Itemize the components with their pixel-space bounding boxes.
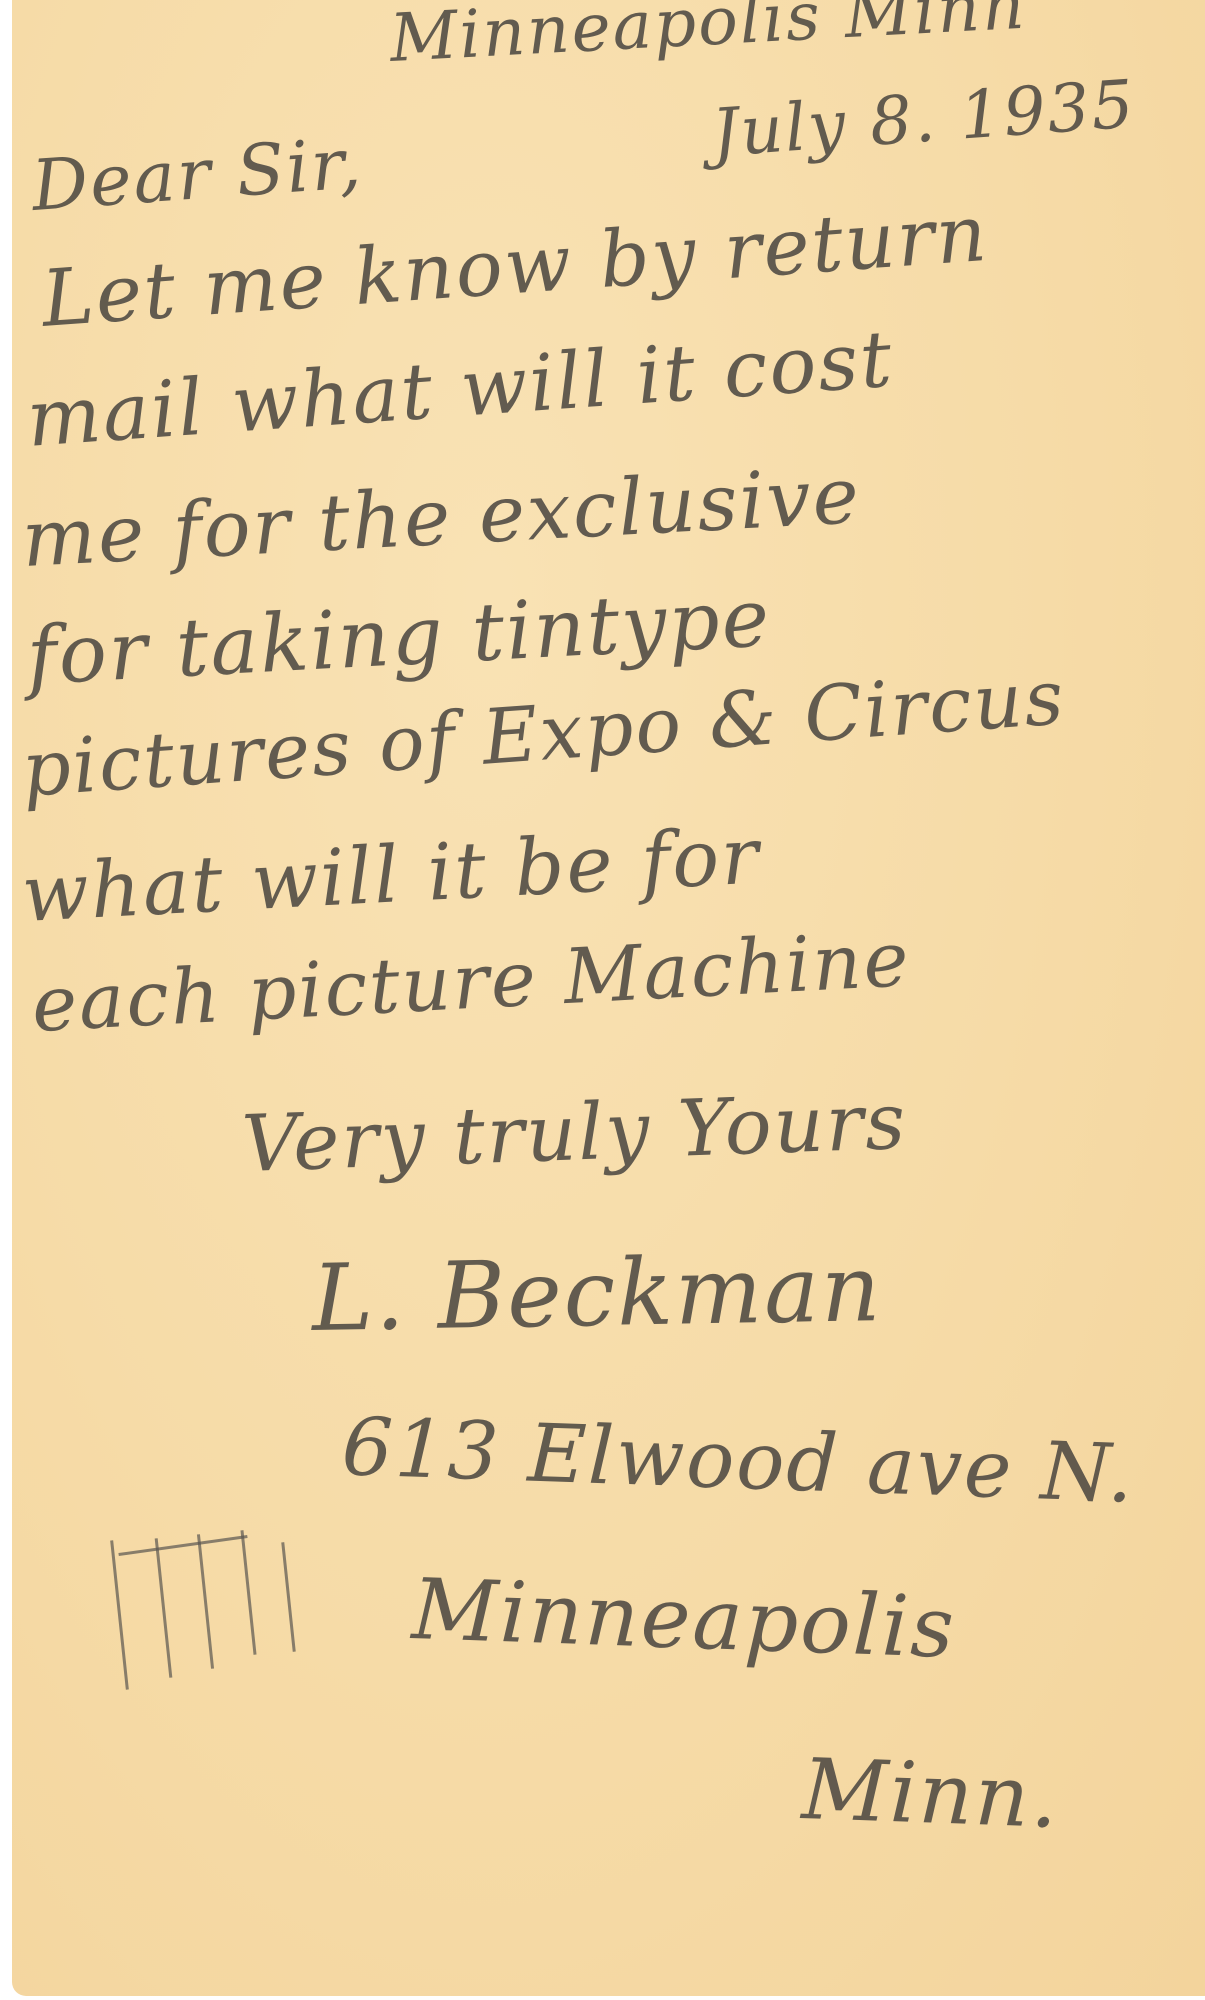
salutation: Dear Sir, [29,122,365,227]
postcard: Minneapolis Minn July 8. 1935 Dear Sir, … [12,0,1205,1996]
address-street: 613 Elwood ave N. [340,1400,1136,1521]
address-state: Minn. [800,1740,1061,1847]
header-place: Minneapolis Minn [388,0,1028,77]
body-line: me for the exclusive [20,451,863,585]
postmark-lines [112,1530,342,1700]
signature: L. Beckman [311,1235,883,1352]
closing: Very truly Yours [240,1077,908,1190]
body-line: what will it be for [20,811,763,940]
address-city: Minneapolis [410,1560,957,1677]
body-line: each picture Machine [30,914,913,1049]
header-date: July 8. 1935 [709,65,1138,171]
